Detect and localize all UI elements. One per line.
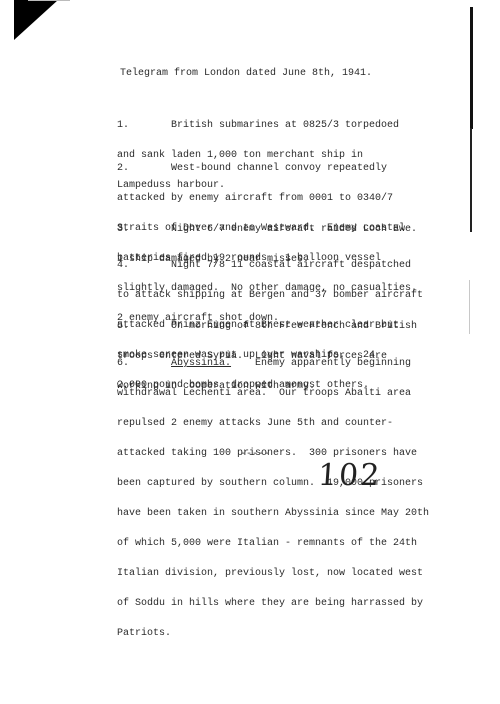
paragraph-line: 3. Night 6/7 enemy aircraft raided Loch … — [117, 225, 417, 235]
telegram-header: Telegram from London dated June 8th, 194… — [120, 69, 372, 79]
paragraph-line: 4. Night 7/8 11 coastal aircraft despatc… — [117, 261, 423, 271]
paragraph-first-line-rest: Enemy apparently beginning — [231, 358, 411, 369]
end-divider: ----- — [240, 449, 270, 460]
margin-rule-thin — [470, 128, 472, 232]
paragraph-line: 1. British submarines at 0825/3 torpedoe… — [117, 121, 399, 131]
paragraph-first-line: 6. Abyssinia. Enemy apparently beginning — [117, 359, 429, 369]
section-heading-abyssinia: Abyssinia. — [171, 358, 231, 369]
paragraph-line: Patriots. — [117, 629, 429, 639]
paragraph-line: of which 5,000 were Italian - remnants o… — [117, 539, 429, 549]
margin-rule-faint — [469, 280, 470, 334]
paragraph-line: 5. On morning of 8th Free French and Bri… — [117, 322, 417, 332]
handwritten-page-number: 102 — [317, 458, 383, 493]
paragraph-line: of Soddu in hills where they are being h… — [117, 599, 429, 609]
paragraph-line: Italian division, previously lost, now l… — [117, 569, 429, 579]
paragraph-line: been captured by southern column. 19,000… — [117, 479, 429, 489]
scan-edge-shade — [28, 0, 70, 1]
paragraph-line: to attack shipping at Bergen and 37 bomb… — [117, 291, 423, 301]
paragraph-line: attacked by enemy aircraft from 0001 to … — [117, 194, 417, 204]
paragraph-number-prefix: 6. — [117, 358, 171, 369]
corner-fold-mark — [14, 0, 58, 40]
paragraph-6: 6. Abyssinia. Enemy apparently beginning… — [117, 339, 429, 659]
paragraph-line: have been taken in southern Abyssinia si… — [117, 509, 429, 519]
paragraph-line: withdrawal Lechenti area. Our troops Aba… — [117, 389, 429, 399]
margin-rule-thick — [470, 7, 473, 129]
paragraph-line: 2. West-bound channel convoy repeatedly — [117, 164, 417, 174]
paragraph-line: repulsed 2 enemy attacks June 5th and co… — [117, 419, 429, 429]
